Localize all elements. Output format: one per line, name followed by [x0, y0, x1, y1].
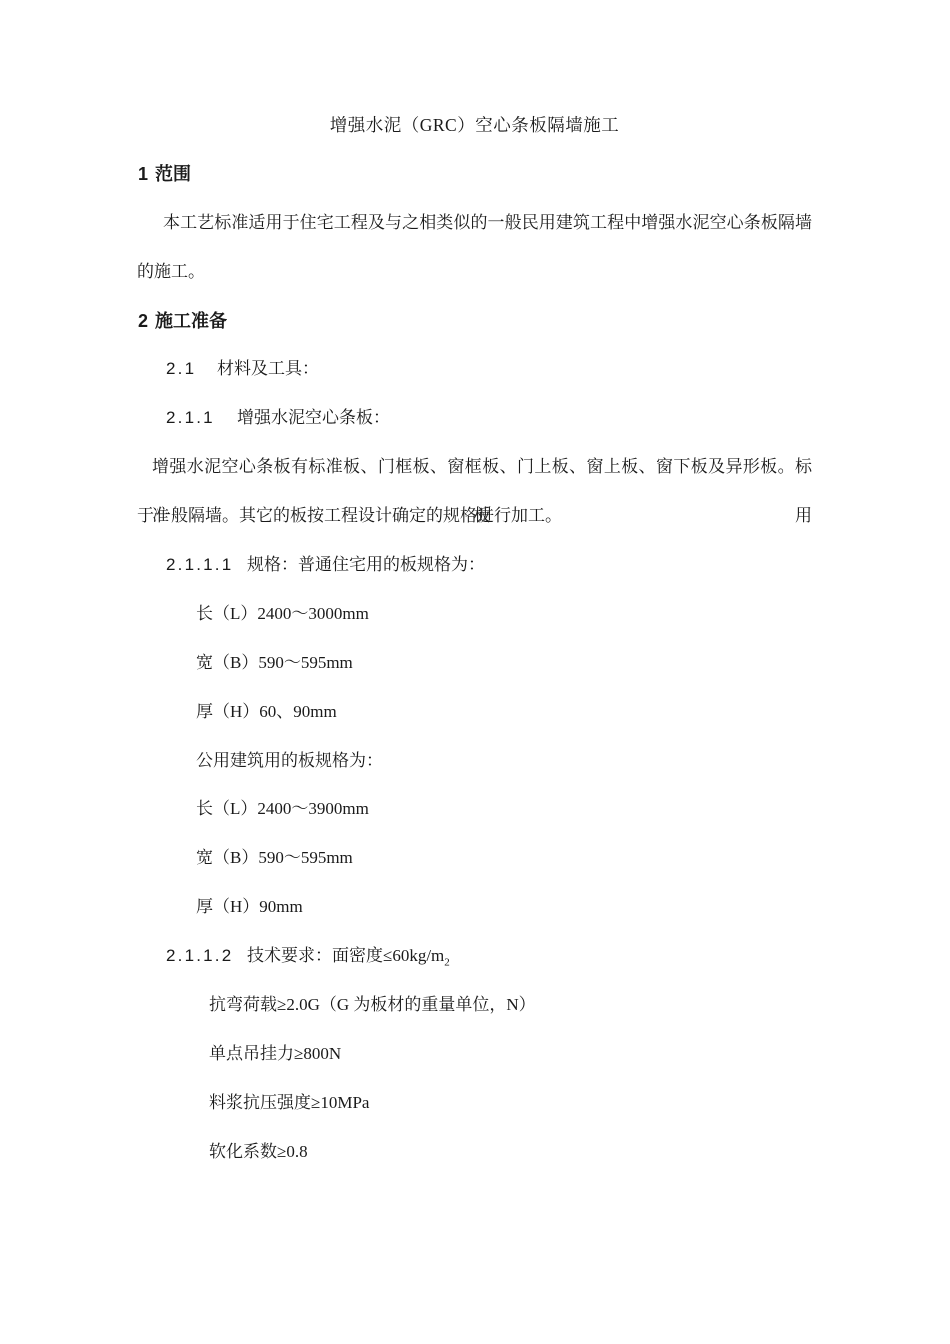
heading-2-1-1: 2.1.1增强水泥空心条板： [137, 394, 812, 443]
list-number: 2.1.1.1 [166, 541, 247, 590]
heading-text: 增强水泥空心条板： [237, 408, 390, 427]
subscript-unit: 2 [444, 957, 450, 969]
heading-text: 材料及工具： [217, 359, 319, 378]
spec-hanging-force: 单点吊挂力≥800N [137, 1030, 812, 1079]
spec-public-building-label: 公用建筑用的板规格为： [137, 737, 812, 786]
list-number: 2.1 [166, 345, 217, 394]
spec-thickness-public: 厚（H）90mm [137, 883, 812, 932]
para-scope-line-2: 的施工。 [137, 248, 812, 297]
spec-softening-coefficient: 软化系数≥0.8 [137, 1128, 812, 1177]
spec-width-public: 宽（B）590～595mm [137, 834, 812, 883]
heading-section-1: 1范围 [137, 150, 812, 199]
para-panel-types-line-1: 增强水泥空心条板有标准板、门框板、窗框板、门上板、窗上板、窗下板及异形板。标准板… [137, 443, 812, 492]
spec-compressive-strength: 料浆抗压强度≥10MPa [137, 1079, 812, 1128]
section-number: 2 [138, 297, 155, 346]
spec-length-public: 长（L）2400～3900mm [137, 785, 812, 834]
heading-2-1-1-2: 2.1.1.2技术要求：面密度≤60kg/m2 [137, 932, 812, 981]
doc-title: 增强水泥（GRC）空心条板隔墙施工 [137, 101, 812, 150]
section-number: 1 [138, 150, 155, 199]
spec-bending-load: 抗弯荷载≥2.0G（G 为板材的重量单位，N） [137, 981, 812, 1030]
list-number: 2.1.1.2 [166, 932, 247, 981]
para-scope-line-1: 本工艺标准适用于住宅工程及与之相类似的一般民用建筑工程中增强水泥空心条板隔墙 [137, 199, 812, 248]
heading-section-2: 2施工准备 [137, 297, 812, 346]
spec-width-residential: 宽（B）590～595mm [137, 639, 812, 688]
document-page: 增强水泥（GRC）空心条板隔墙施工 1范围 本工艺标准适用于住宅工程及与之相类似… [0, 0, 950, 1344]
heading-2-1-1-1: 2.1.1.1规格：普通住宅用的板规格为： [137, 541, 812, 590]
document-content: 增强水泥（GRC）空心条板隔墙施工 1范围 本工艺标准适用于住宅工程及与之相类似… [0, 0, 812, 1177]
section-title: 施工准备 [155, 311, 227, 331]
heading-2-1: 2.1材料及工具： [137, 345, 812, 394]
heading-text: 技术要求：面密度≤60kg/m [247, 946, 444, 965]
list-number: 2.1.1 [166, 394, 237, 443]
section-title: 范围 [155, 164, 191, 184]
spec-length-residential: 长（L）2400～3000mm [137, 590, 812, 639]
heading-text: 规格：普通住宅用的板规格为： [247, 555, 485, 574]
spec-thickness-residential: 厚（H）60、90mm [137, 688, 812, 737]
